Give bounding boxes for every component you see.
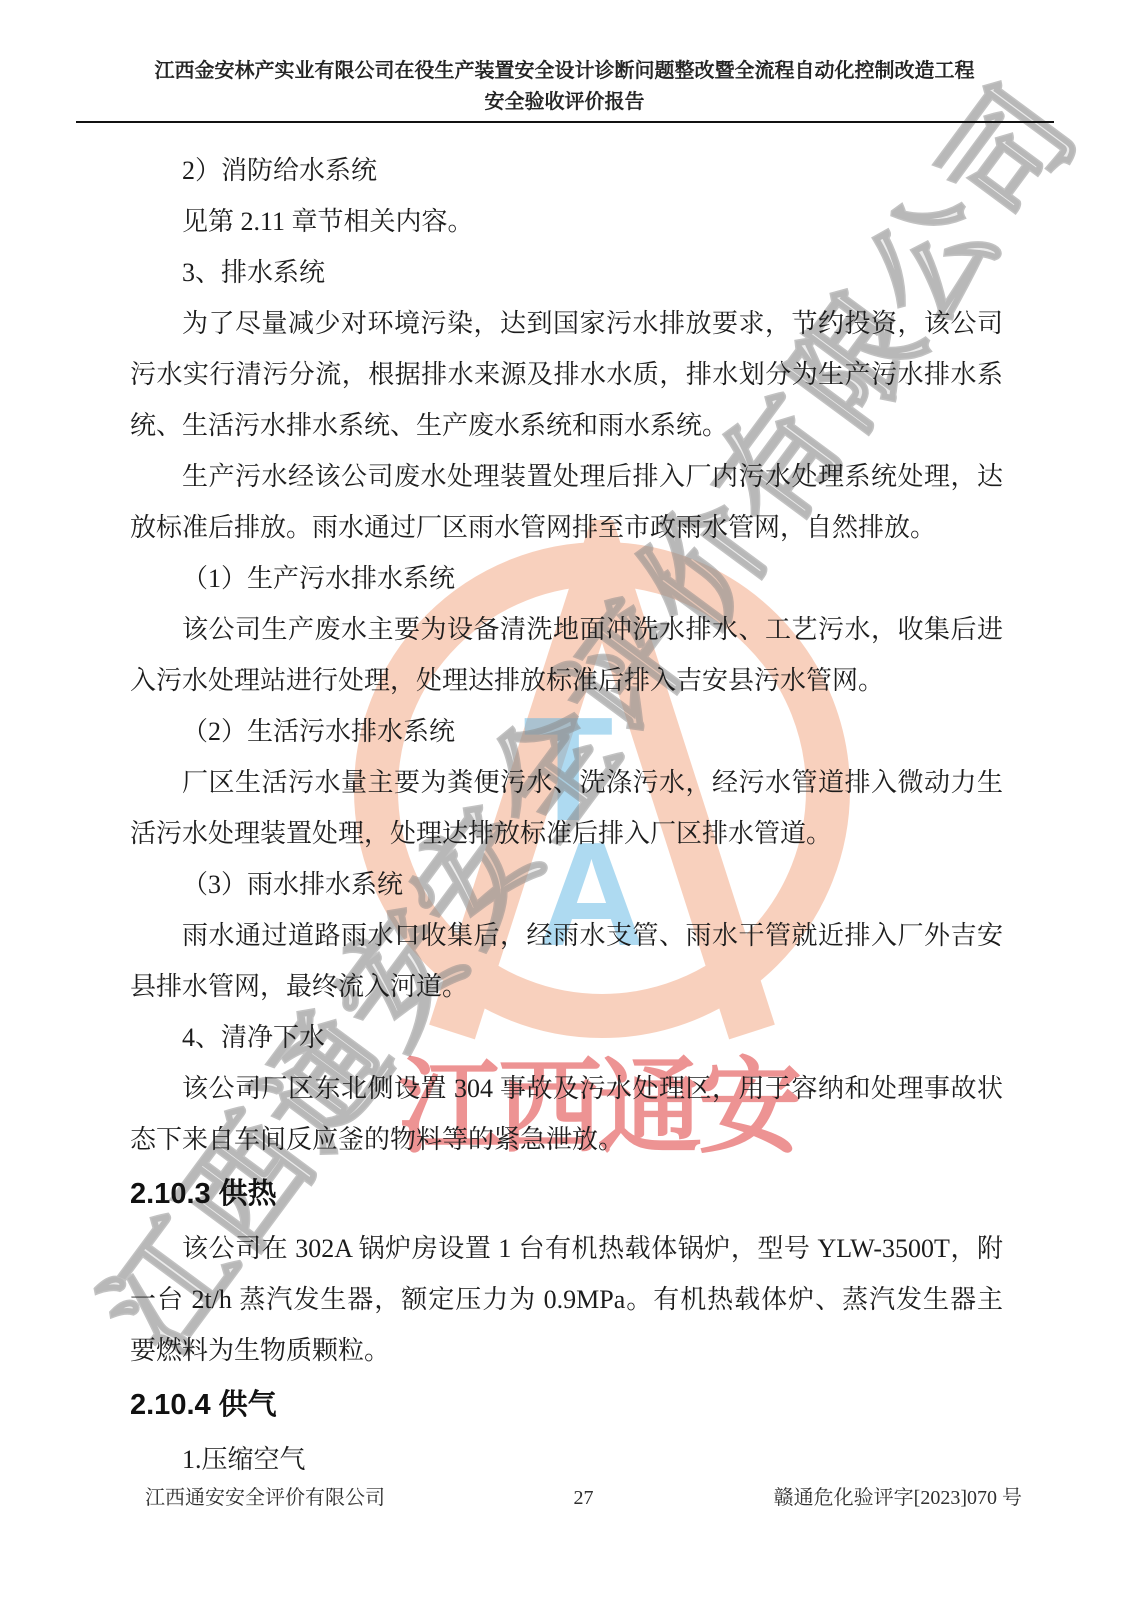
body-line: 该公司生产废水主要为设备清洗地面冲洗水排水、工艺污水，收集后进 (130, 604, 1003, 655)
section-heading-gongre: 2.10.3 供热 (130, 1165, 1003, 1223)
body-line: 4、清净下水 (130, 1012, 1003, 1063)
body-line: 生产污水经该公司废水处理装置处理后排入厂内污水处理系统处理，达到排 (130, 451, 1003, 502)
page-footer: 江西通安安全评价有限公司 27 赣通危化验评字[2023]070 号 (145, 1482, 1022, 1514)
body-line: 要燃料为生物质颗粒。 (130, 1325, 1003, 1376)
body-line: 见第 2.11 章节相关内容。 (130, 196, 1003, 247)
body-line: 2）消防给水系统 (130, 145, 1003, 196)
report-page: T A 江西通安安全评价有限公司 江西通安 江西金安林产实业有限公司在役生产装置… (0, 0, 1129, 1600)
body-line: 县排水管网，最终流入河道。 (130, 961, 1003, 1012)
section-heading-gongqi: 2.10.4 供气 (130, 1376, 1003, 1434)
body-line: 活污水处理装置处理，处理达排放标准后排入厂区排水管道。 (130, 808, 1003, 859)
body-line: 该公司在 302A 锅炉房设置 1 台有机热载体锅炉，型号 YLW-3500T，… (130, 1223, 1003, 1274)
body-line: 污水实行清污分流，根据排水来源及排水水质，排水划分为生产污水排水系 (130, 349, 1003, 400)
header-title-line1: 江西金安林产实业有限公司在役生产装置安全设计诊断问题整改暨全流程自动化控制改造工… (0, 56, 1129, 87)
body-line: （1）生产污水排水系统 (130, 553, 1003, 604)
body-line: 为了尽量减少对环境污染，达到国家污水排放要求，节约投资，该公司 (130, 298, 1003, 349)
body-line: 一台 2t/h 蒸汽发生器，额定压力为 0.9MPa。有机热载体炉、蒸汽发生器主 (130, 1274, 1003, 1325)
body-line: 态下来自车间反应釜的物料等的紧急泄放。 (130, 1114, 1003, 1165)
body-line: （3）雨水排水系统 (130, 859, 1003, 910)
header-title-line2: 安全验收评价报告 (0, 87, 1129, 118)
body-line: 厂区生活污水量主要为粪便污水、洗涤污水，经污水管道排入微动力生 (130, 757, 1003, 808)
page-header: 江西金安林产实业有限公司在役生产装置安全设计诊断问题整改暨全流程自动化控制改造工… (0, 56, 1129, 118)
body-line: 该公司厂区东北侧设置 304 事故及污水处理区，用于容纳和处理事故状 (130, 1063, 1003, 1114)
body-line: 放标准后排放。雨水通过厂区雨水管网排至市政雨水管网，自然排放。 (130, 502, 1003, 553)
body-line: 统、生活污水排水系统、生产废水系统和雨水系统。 (130, 400, 1003, 451)
body-line: 入污水处理站进行处理，处理达排放标准后排入吉安县污水管网。 (130, 655, 1003, 706)
document-body: 2）消防给水系统 见第 2.11 章节相关内容。 3、排水系统 为了尽量减少对环… (130, 145, 1003, 1485)
footer-doc-number: 赣通危化验评字[2023]070 号 (774, 1482, 1022, 1514)
body-line: 雨水通过道路雨水口收集后，经雨水支管、雨水干管就近排入厂外吉安 (130, 910, 1003, 961)
body-line: 1.压缩空气 (130, 1434, 1003, 1485)
body-line: （2）生活污水排水系统 (130, 706, 1003, 757)
body-line: 3、排水系统 (130, 247, 1003, 298)
header-underline (76, 121, 1054, 123)
